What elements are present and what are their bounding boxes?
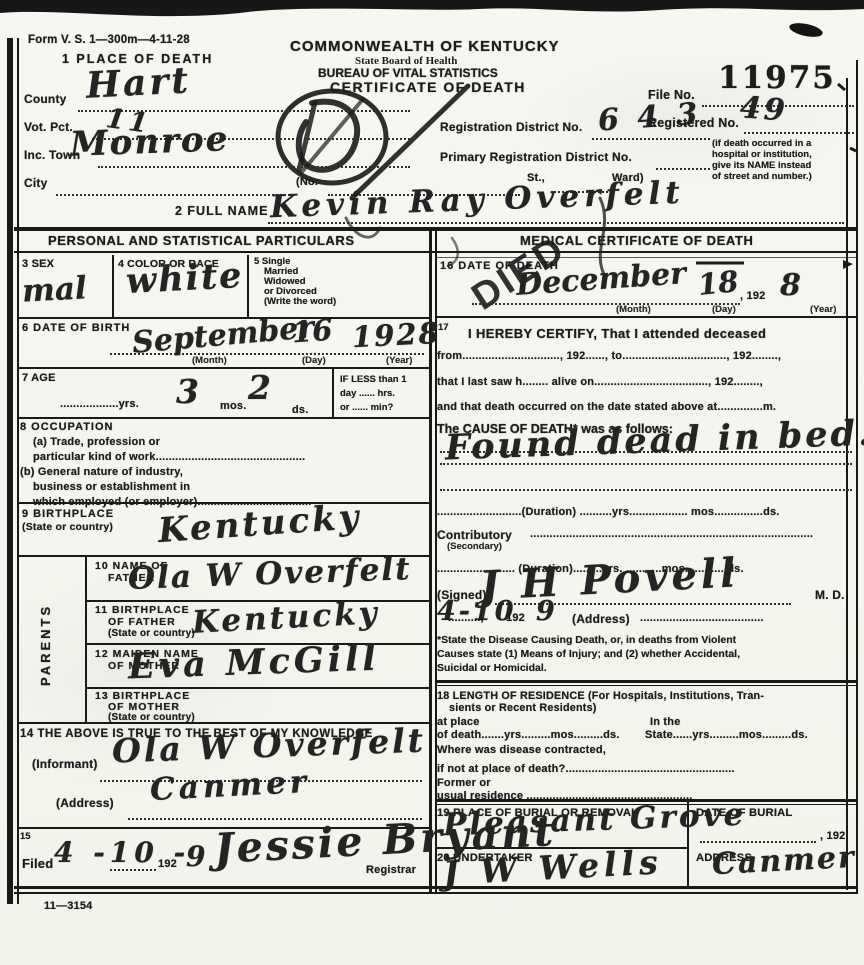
age-mos-label: mos. [220, 400, 246, 412]
age-yrs-label: ..................yrs. [60, 398, 139, 410]
dob-label: 6 DATE OF BIRTH [22, 322, 130, 334]
father-birthplace-label2: OF FATHER [108, 616, 176, 628]
father-birthplace-caption: (State or country) [108, 628, 195, 639]
certify-from-line: from.............................., 192.… [437, 350, 855, 362]
duration1-line: ..........................(Duration) ...… [437, 506, 855, 518]
dod-month-caption: (Month) [616, 304, 651, 315]
sign-year-suffix: 9 [536, 596, 555, 627]
informant-label: (Informant) [32, 757, 98, 771]
dod-year-suffix: 8 [780, 268, 801, 303]
parents-label: PARENTS [38, 604, 53, 686]
footnote-line3: Suicidal or Homicidal. [437, 662, 547, 674]
commonwealth-title: COMMONWEALTH OF KENTUCKY [290, 38, 560, 55]
filed-year-suffix: 9 [186, 840, 205, 873]
primary-reg-label: Primary Registration District No. [440, 150, 632, 164]
state-residence-line: State......yrs.........mos.........ds. [645, 729, 808, 741]
primary-reg-line [656, 167, 710, 170]
file-no-label: File No. [648, 88, 695, 102]
hospital-note-line3: give its NAME instead [712, 160, 811, 171]
certificate-subtitle: CERTIFICATE OF DEATH [330, 79, 526, 95]
plate-number: 11—3154 [44, 900, 93, 912]
informant-address-label: (Address) [56, 796, 114, 810]
inc-town-line [98, 165, 410, 168]
sep-age-box [332, 367, 334, 417]
in-the-label: In the [650, 716, 681, 728]
dod-day-value: 18 [696, 264, 740, 302]
vot-pct-label: Vot. Pct. [24, 120, 73, 134]
age-mos-value: 3 [176, 372, 199, 411]
sep-race-marital [247, 255, 249, 317]
left-border-thin [17, 38, 19, 904]
md-label: M. D. [815, 588, 845, 602]
footnote-line1: *State the Disease Causing Death, or, in… [437, 634, 736, 646]
certify-saw-line: that I last saw h........ alive on......… [437, 376, 855, 388]
scan-top-right-blob [788, 21, 824, 40]
ifless-line2: day ...... hrs. [340, 388, 395, 399]
contributory-dots: ........................................… [530, 528, 854, 540]
rule-l2 [18, 367, 430, 369]
age-label: 7 AGE [22, 372, 56, 384]
city-label: City [24, 176, 47, 190]
rule-l3 [18, 417, 430, 419]
item15-label: 15 [20, 831, 31, 842]
dob-year-caption: (Year) [386, 355, 412, 366]
birthplace-label: 9 BIRTHPLACE [22, 508, 114, 520]
birthplace-caption: (State or country) [22, 521, 113, 533]
dod-line [472, 302, 740, 305]
hospital-note-line1: (if death occurred in a [712, 138, 811, 149]
mother-birthplace-caption: (State or country) [108, 712, 195, 723]
occupation-a1: (a) Trade, profession or [33, 436, 160, 448]
full-name-label: 2 FULL NAME [175, 204, 268, 218]
residence-label-line1: 18 LENGTH OF RESIDENCE (For Hospitals, I… [437, 690, 764, 702]
dod-year-prefix: , 192 [740, 290, 765, 302]
contracted-line1: Where was disease contracted, [437, 744, 606, 756]
dob-year-value: 1928 [351, 316, 441, 355]
scan-top-band [0, 0, 864, 16]
personal-section-title: PERSONAL AND STATISTICAL PARTICULARS [48, 233, 355, 248]
age-ds-label: ds. [292, 404, 309, 416]
at-place-line2: of death.......yrs.........mos.........d… [437, 729, 620, 741]
dob-day-caption: (Day) [302, 355, 326, 366]
occupation-label: 8 OCCUPATION [20, 421, 114, 433]
age-ds-value: 2 [248, 368, 271, 407]
rule-bottom-a [14, 886, 858, 889]
filed-label: Filed [22, 856, 53, 871]
sep-parents [85, 555, 87, 722]
form-number: Form V. S. 1—300m—4-11-28 [28, 34, 190, 46]
file-no-value: 11975 [718, 60, 836, 96]
cause-of-death-value: Found dead in bed. [444, 413, 864, 469]
occupation-b1: (b) General nature of industry, [20, 466, 183, 478]
street-no-label: (No. [296, 176, 318, 188]
contracted-line2: if not at place of death?...............… [437, 763, 855, 775]
sex-value: mal [21, 270, 87, 309]
reg-district-label: Registration District No. [440, 120, 582, 134]
rule-r3a [437, 680, 856, 683]
ifless-line1: IF LESS than 1 [340, 374, 407, 385]
full-name-value: Kevin Ray Overfelt [269, 175, 685, 225]
cause-line3 [440, 488, 852, 491]
contributory-label: Contributory [437, 528, 512, 542]
right-edge-line [856, 60, 858, 893]
father-birthplace-value: Kentucky [191, 595, 380, 641]
rule-r2 [437, 316, 856, 318]
sign-date-dots: .........., [448, 612, 484, 624]
rule-bottom-b [14, 892, 858, 894]
dob-day-value: 16 [291, 313, 334, 350]
sign-year-prefix: 192 [506, 612, 525, 624]
filed-year-prefix: 192 [158, 858, 177, 870]
father-name-value: Ola W Overfelt [127, 551, 412, 597]
hospital-note-line4: of street and number.) [712, 171, 812, 182]
ifless-line3: or ...... min? [340, 402, 393, 413]
residence-label-line2: sients or Recent Residents) [449, 702, 597, 714]
sign-address-caption: (Address) [572, 612, 630, 626]
informant-address-value: Canmer [149, 764, 311, 808]
race-value: white [125, 255, 244, 302]
occupation-b2: business or establishment in [33, 481, 190, 493]
rule-r3b [437, 685, 856, 686]
left-border-thick [7, 38, 13, 904]
registrar-label: Registrar [366, 864, 416, 876]
dod-year-caption: (Year) [810, 304, 836, 315]
physician-signature: J H Povell [479, 549, 740, 610]
county-value: Hart [85, 59, 192, 106]
former-line1: Former or [437, 777, 491, 789]
city-line [56, 193, 290, 196]
undertaker-address-value: Canmer Ky [711, 837, 864, 883]
dob-month-caption: (Month) [192, 355, 227, 366]
footnote-line2: Causes state (1) Means of Injury; and (2… [437, 648, 740, 660]
at-place-line1: at place [437, 716, 480, 728]
sign-address-dots: ...................................... [640, 612, 854, 624]
hospital-note-line2: hospital or institution, [712, 149, 812, 160]
registered-no-label: Registered No. [648, 116, 739, 130]
mother-name-value: Eva McGill [127, 638, 380, 688]
registered-no-value: 49 [739, 90, 789, 128]
bureau-subtitle: BUREAU OF VITAL STATISTICS [318, 66, 498, 80]
death-certificate-scan: Form V. S. 1—300m—4-11-28 1 PLACE OF DEA… [0, 0, 864, 965]
dod-day-caption: (Day) [712, 304, 736, 315]
occupation-a2: particular kind of work.................… [33, 451, 305, 463]
certify-occurred-line: and that death occurred on the date stat… [437, 401, 855, 413]
certify-statement: I HEREBY CERTIFY, That I attended deceas… [468, 326, 766, 341]
inc-town-value: Monroe [69, 119, 230, 165]
secondary-caption: (Secondary) [447, 541, 502, 552]
filed-line [110, 868, 156, 871]
sex-label: 3 SEX [22, 258, 54, 270]
marital-line5: (Write the word) [264, 296, 336, 307]
father-birthplace-label1: 11 BIRTHPLACE [95, 604, 190, 616]
registered-no-line [744, 131, 854, 134]
county-label: County [24, 92, 67, 106]
item17-label: 17 [438, 322, 449, 333]
rule-p3 [86, 687, 430, 689]
sep-sex-race [112, 255, 114, 317]
